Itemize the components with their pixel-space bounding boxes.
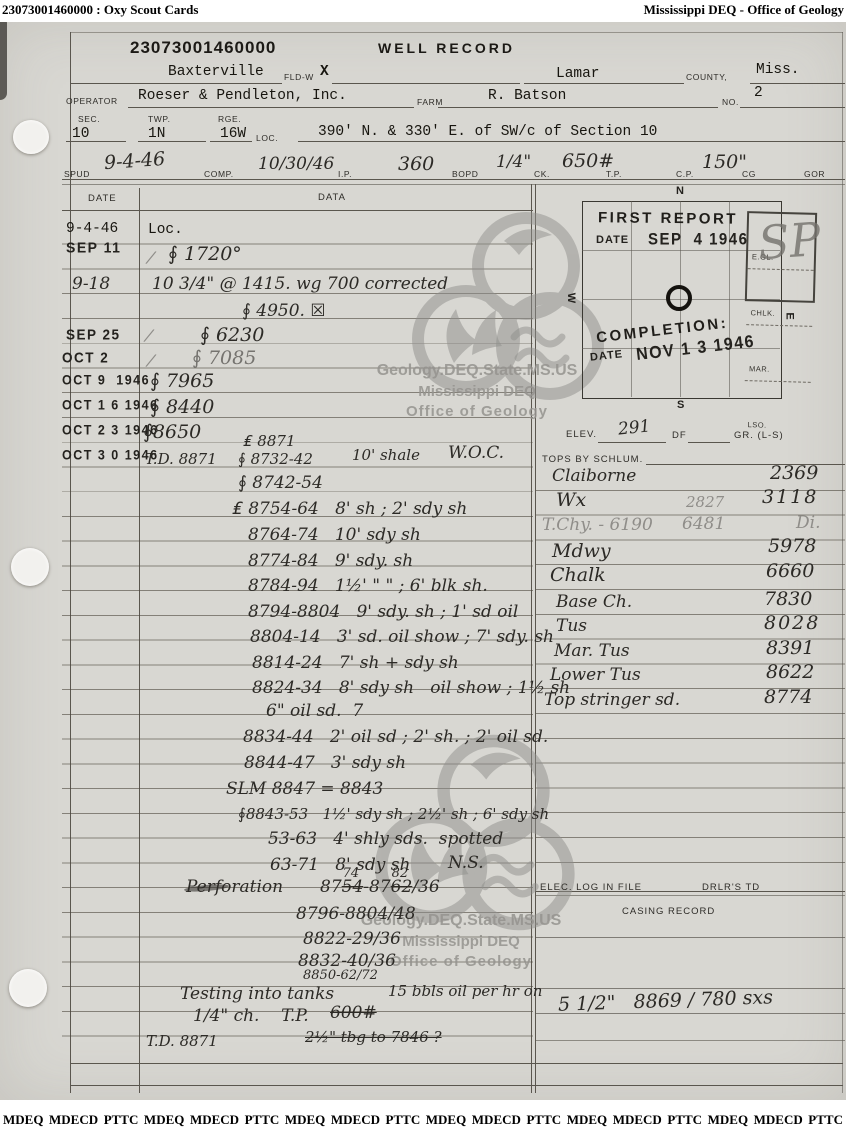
- footer-tag: MDEQ: [567, 1112, 607, 1128]
- watermark-line: Geology.DEQ.State.MS.US: [368, 360, 586, 382]
- bopd-label: BOPD: [452, 169, 479, 179]
- log-entry: ∮8843-53 1½' sdy sh ; 2½' sh ; 6' sdy sh: [238, 805, 549, 823]
- log-entry: N.S.: [448, 853, 484, 873]
- log-entry: 8784-94 1½' " " ; 6' blk sh.: [248, 576, 488, 596]
- log-entry: 8844-47 3' sdy sh: [244, 753, 406, 773]
- formation-depth: 6660: [766, 560, 814, 582]
- log-entry: 8796-8804/48: [296, 904, 416, 924]
- ip-value: 360: [398, 153, 434, 175]
- formation-name: Mar. Tus: [554, 641, 630, 661]
- twp-label: TWP.: [148, 114, 171, 124]
- formation-name: Base Ch.: [556, 592, 632, 612]
- tp-label: T.P.: [606, 169, 622, 179]
- footer-tag: MDEQ: [426, 1112, 466, 1128]
- footer-tag: PTTC: [526, 1112, 561, 1128]
- county-name: Lamar: [556, 66, 600, 82]
- formation-depth: 5978: [768, 535, 816, 557]
- log-entry: 8774-84 9' sdy. sh: [248, 551, 413, 571]
- formation-depth: 7830: [764, 588, 812, 610]
- log-entry: W.O.C.: [448, 443, 504, 463]
- perforation-depths: 875474-876282/36: [320, 877, 440, 897]
- formation-name: Top stringer sd.: [544, 690, 680, 710]
- field-underline: [128, 107, 414, 108]
- elev-underline: [598, 442, 666, 443]
- log-entry: T.D. 8871: [146, 1032, 218, 1050]
- log-entry: 8850-62/72: [303, 968, 378, 983]
- operator-label: OPERATOR: [66, 96, 118, 106]
- cg-label: CG: [742, 169, 756, 179]
- log-entry: ∮ 8742-54: [238, 473, 323, 493]
- log-entry: 8824-34 8' sdy sh oil show ; 1½ sh: [252, 678, 570, 698]
- elec-log-label: ELEC. LOG IN FILE: [540, 882, 642, 893]
- log-entry-struck: 600#: [330, 1003, 377, 1023]
- log-entry: ₤ 8754-64 8' sh ; 2' sdy sh: [232, 499, 467, 519]
- log-entry-perforation: Perforation: [186, 877, 283, 897]
- formation-depth: 8391: [766, 637, 814, 659]
- sec-value: 10: [72, 126, 89, 142]
- log-entry: Testing into tanks: [180, 984, 334, 1004]
- operator-name: Roeser & Pendleton, Inc.: [138, 88, 347, 104]
- field-underline: [438, 107, 718, 108]
- log-entry: ∮ 8440: [150, 396, 214, 418]
- log-date-stamp: OCT 9 1946: [62, 372, 150, 387]
- log-entry: 8822-29/36: [303, 929, 401, 949]
- field-underline: [62, 179, 845, 180]
- log-entry: Loc.: [148, 222, 183, 238]
- cp-label: C.P.: [676, 169, 694, 179]
- field-underline: [750, 83, 845, 84]
- api-number: 23073001460000: [130, 38, 276, 58]
- footer-tag: MDECD: [190, 1112, 239, 1128]
- casing-record-header: CASING RECORD: [622, 906, 715, 917]
- state-name: Miss.: [756, 62, 800, 78]
- log-entry: 53-63 4' shly sds. spotted: [268, 829, 503, 849]
- log-entry: 8814-24 7' sh + sdy sh: [252, 653, 459, 673]
- elev-value: 291: [617, 416, 651, 439]
- gor-label: GOR: [804, 169, 825, 179]
- stamp-row: CHLK.: [746, 305, 813, 327]
- formation-name: Wx: [556, 489, 586, 511]
- formation-depth: 8774: [764, 686, 812, 708]
- formation-name: Lower Tus: [550, 665, 641, 685]
- drlrs-td-label: DRLR'S TD: [702, 882, 760, 893]
- plat-north-label: N: [676, 185, 684, 197]
- formation-depth: 3118: [762, 486, 818, 508]
- first-report-stamp: FIRST REPORT: [598, 209, 738, 227]
- log-entry: 8834-44 2' oil sd ; 2' sh. ; 2' oil sd.: [243, 727, 548, 747]
- well-number: 2: [754, 85, 763, 101]
- footer-tag: PTTC: [386, 1112, 421, 1128]
- agency-title: Mississippi DEQ - Office of Geology: [644, 2, 844, 18]
- log-entry: 15 bbls oil per hr on: [388, 982, 542, 1000]
- log-entry: T.D. 8871: [145, 450, 217, 468]
- formation-name: Mdwy: [552, 540, 611, 562]
- field-underline: [740, 107, 845, 108]
- rule: [536, 1040, 845, 1041]
- sec-label: SEC.: [78, 114, 100, 124]
- viewer-footer: MDEQ MDECD PTTC MDEQ MDECD PTTC MDEQ MDE…: [0, 1103, 846, 1137]
- field-type-mark: X: [320, 64, 329, 80]
- log-entry: ∮ 6230: [200, 324, 264, 346]
- first-report-date: SEP 4 1946: [648, 230, 748, 248]
- log-entry: ∮ 7085: [192, 347, 256, 369]
- df-label: DF: [672, 430, 687, 441]
- perf-num: 87: [320, 877, 342, 897]
- spud-label: SPUD: [64, 169, 90, 179]
- perf-num: -87: [363, 877, 390, 897]
- log-date-stamp: OCT 1 6 1946: [62, 397, 159, 412]
- perf-new: 74: [343, 866, 360, 881]
- spud-date: 9-4-46: [103, 148, 166, 174]
- farm-label: FARM: [417, 97, 443, 107]
- perf-num: /36: [412, 877, 439, 897]
- log-entry: 6" oil sd. 7: [266, 701, 363, 721]
- watermark-line: Mississippi DEQ: [368, 382, 586, 402]
- log-date-header: DATE: [88, 193, 117, 204]
- watermark-text: Geology.DEQ.State.MS.US Mississippi DEQ …: [368, 360, 586, 422]
- twp-value: 1N: [148, 126, 165, 142]
- log-date: 9-18: [72, 274, 110, 294]
- cg-value: 150": [702, 151, 747, 173]
- comp-label: COMP.: [204, 169, 234, 179]
- formation-name: Claiborne: [552, 466, 636, 486]
- formation-depth-pencil: Di.: [796, 513, 820, 533]
- footer-tag: MDEQ: [144, 1112, 184, 1128]
- comp-date: 10/30/46: [258, 154, 334, 174]
- field-underline: [62, 184, 845, 185]
- formation-depth: 8028: [764, 612, 820, 634]
- loc-value: 390' N. & 330' E. of SW/c of Section 10: [318, 124, 657, 140]
- formation-depth-pencil: 2827: [686, 493, 724, 511]
- field-name: Baxterville: [168, 64, 264, 80]
- footer-tag: MDEQ: [3, 1112, 43, 1128]
- log-entry: 1/4" ch. T.P.: [193, 1006, 309, 1026]
- field-underline: [298, 141, 845, 142]
- ip-label: I.P.: [338, 169, 352, 179]
- ck-label: CK.: [534, 169, 550, 179]
- log-entry-struck: 2½" tbg to 7846 ?: [305, 1028, 442, 1046]
- log-entry: 8764-74 10' sdy sh: [248, 525, 421, 545]
- formation-name-pencil: T.Chy. - 6190: [542, 515, 653, 535]
- stamp-row: MAR.: [745, 361, 812, 383]
- log-entry: 63-71 8' sdy sh: [270, 855, 410, 875]
- footer-tag: MDECD: [472, 1112, 521, 1128]
- gr-label: GR. (L-S): [734, 430, 784, 441]
- choke-value: 1/4": [496, 152, 531, 172]
- rule: [70, 1085, 843, 1086]
- formation-name: Tus: [556, 616, 587, 636]
- viewer-header: 23073001460000 : Oxy Scout Cards Mississ…: [0, 0, 846, 22]
- plat-south-label: S: [677, 399, 684, 411]
- footer-tag: PTTC: [808, 1112, 843, 1128]
- perforation-word: Perforation: [186, 877, 283, 897]
- hole-punch: [9, 969, 47, 1007]
- perf-correction: 5474: [342, 877, 364, 897]
- tops-header: TOPS BY SCHLUM.: [542, 454, 643, 465]
- formation-name: Chalk: [550, 564, 606, 586]
- field-underline: [70, 83, 282, 84]
- formation-depth: 8622: [766, 661, 814, 683]
- log-date-stamp: OCT 2: [62, 349, 109, 365]
- rule: [70, 1063, 843, 1064]
- log-entry: ∮8650: [143, 421, 201, 443]
- formation-depth-pencil: 6481: [682, 514, 725, 534]
- hole-punch: [11, 548, 49, 586]
- watermark-line: Office of Geology: [368, 402, 586, 422]
- farm-name: R. Batson: [488, 88, 566, 104]
- hole-punch: [13, 120, 49, 154]
- log-entry: 10' shale: [352, 446, 420, 464]
- rge-value: 16W: [220, 126, 246, 142]
- document-id-title: 23073001460000 : Oxy Scout Cards: [2, 2, 198, 18]
- log-entry: ∮ 1720°: [168, 243, 242, 265]
- log-data-header: DATA: [318, 192, 346, 203]
- log-date-stamp: SEP 25: [66, 326, 121, 342]
- plat-west-label: W: [565, 293, 577, 303]
- footer-tag: PTTC: [104, 1112, 139, 1128]
- log-entry: ∮ 4950. ☒: [242, 301, 326, 321]
- footer-tag: MDEQ: [285, 1112, 325, 1128]
- footer-tag: MDEQ: [708, 1112, 748, 1128]
- footer-tag: MDECD: [754, 1112, 803, 1128]
- log-entry: ∮ 7965: [150, 370, 214, 392]
- log-date: 9-4-46: [66, 221, 118, 237]
- log-date-stamp: SEP 11: [66, 238, 121, 255]
- well-record-title: WELL RECORD: [378, 40, 515, 56]
- well-no-label: NO.: [722, 97, 739, 107]
- log-entry: 8794-8804 9' sdy. sh ; 1' sd oil: [248, 602, 518, 622]
- first-report-date-label: DATE: [596, 234, 629, 246]
- footer-tag: MDECD: [49, 1112, 98, 1128]
- loc-label: LOC.: [256, 133, 278, 143]
- field-label: FLD-W: [284, 72, 314, 82]
- log-entry: ₤ 8871: [243, 432, 296, 450]
- county-label: COUNTY,: [686, 72, 727, 82]
- footer-tag: PTTC: [245, 1112, 280, 1128]
- footer-tag: MDECD: [613, 1112, 662, 1128]
- footer-tag: PTTC: [667, 1112, 702, 1128]
- log-entry: SLM 8847 = 8843: [226, 779, 383, 799]
- log-entry: ∮ 8732-42: [238, 450, 313, 468]
- log-entry: 10 3/4" @ 1415. wg 700 corrected: [152, 274, 448, 294]
- scan-edge-smudge: [0, 22, 7, 100]
- card-top-border: [70, 32, 843, 33]
- rge-label: RGE.: [218, 114, 241, 124]
- field-underline: [524, 83, 684, 84]
- log-entry: 8804-14 3' sd. oil show ; 7' sdy. sh: [250, 627, 554, 647]
- perf-correction: 6282: [391, 877, 413, 897]
- formation-depth: 2369: [770, 462, 818, 484]
- well-location-circle: [666, 285, 692, 311]
- field-underline: [332, 83, 520, 84]
- elev-label: ELEV.: [566, 429, 597, 440]
- df-underline: [688, 442, 730, 443]
- footer-tag: MDECD: [331, 1112, 380, 1128]
- perf-new: 82: [392, 866, 409, 881]
- script-initials: SP: [756, 212, 822, 270]
